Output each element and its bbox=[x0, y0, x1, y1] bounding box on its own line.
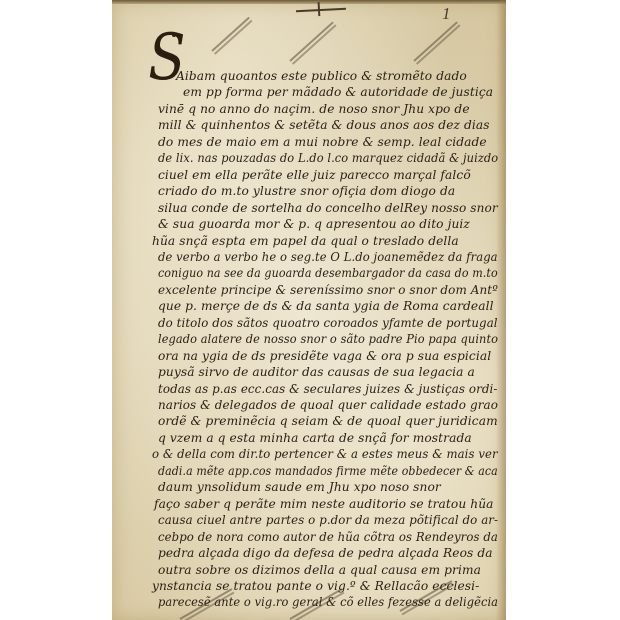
manuscript-line: narios & delegados de quoal quer calidad… bbox=[158, 398, 493, 412]
manuscript-line: & sua guoarda mor & p. q apresentou ao d… bbox=[158, 217, 470, 231]
manuscript-line: do titolo dos sãtos quoatro coroados yfa… bbox=[158, 316, 488, 330]
manuscript-line: todas as p.as ecc.cas & seculares juizes… bbox=[158, 382, 490, 396]
manuscript-line: faço saber q perãte mim neste auditorio … bbox=[154, 497, 494, 511]
manuscript-line: ciuel em ella perãte elle juiz parecco m… bbox=[158, 168, 471, 182]
manuscript-line: cebpo de nora como autor de hũa cõtra os… bbox=[158, 530, 486, 544]
manuscript-line: ora na ygia de ds presidẽte vaga & ora p… bbox=[158, 349, 491, 363]
manuscript-line: legado alatere de nosso snor o sãto padr… bbox=[158, 332, 477, 346]
manuscript-line: coniguo na see da guoarda desembargador … bbox=[158, 266, 469, 280]
manuscript-line: silua conde de sortelha do concelho delR… bbox=[158, 201, 497, 215]
manuscript-line: hũa snçã espta em papel da qual o tresla… bbox=[152, 234, 459, 248]
manuscript-line: o & della com dir.to pertencer & a estes… bbox=[152, 447, 485, 461]
manuscript-line: Aibam quoantos este publico & stromẽto d… bbox=[176, 69, 467, 83]
manuscript-line: q vzem a q esta minha carta de snçã for … bbox=[158, 431, 472, 445]
manuscript-line: puysã sirvo de auditor das causas de sua… bbox=[158, 365, 475, 379]
manuscript-line: vinē q no anno do naçim. de noso snor Jh… bbox=[158, 102, 470, 116]
manuscript-line: mill & quinhentos & setẽta & dous anos a… bbox=[158, 118, 490, 132]
manuscript-line: de verbo a verbo he o seg.te O L.do joan… bbox=[158, 250, 482, 264]
manuscript-line: em pp forma per mãdado & autoridade de j… bbox=[183, 85, 493, 99]
manuscript-line: excelente principe & sereníssimo snor o … bbox=[158, 283, 493, 297]
manuscript-text: Aibam quoantos este publico & stromẽto d… bbox=[0, 0, 620, 620]
manuscript-line: que p. merçe de ds & da santa ygia de Ro… bbox=[158, 299, 494, 313]
manuscript-line: parecesẽ ante o vig.ro geral & cõ elles … bbox=[158, 595, 498, 609]
manuscript-line: criado do m.to ylustre snor ofiçia dom d… bbox=[158, 184, 455, 198]
manuscript-line: dadi.a mẽte app.cos mandados firme mẽte … bbox=[158, 464, 466, 478]
manuscript-line: ordẽ & preminẽcia q seiam & de quoal que… bbox=[158, 414, 498, 428]
manuscript-line: do mes de maio em a mui nobre & semp. le… bbox=[158, 135, 487, 149]
manuscript-line: ynstancia se tratou pante o vig.º & Rell… bbox=[152, 579, 479, 593]
manuscript-line: de lix. nas pouzadas do L.do l.co marque… bbox=[158, 151, 477, 165]
manuscript-line: outra sobre os dizimos della a qual caus… bbox=[158, 563, 481, 577]
manuscript-line: causa ciuel antre partes o p.dor da meza… bbox=[158, 513, 488, 527]
manuscript-line: daum ynsolidum saude em Jhu xpo noso sno… bbox=[158, 480, 441, 494]
manuscript-line: pedra alçada digo da defesa de pedra alç… bbox=[158, 546, 493, 560]
